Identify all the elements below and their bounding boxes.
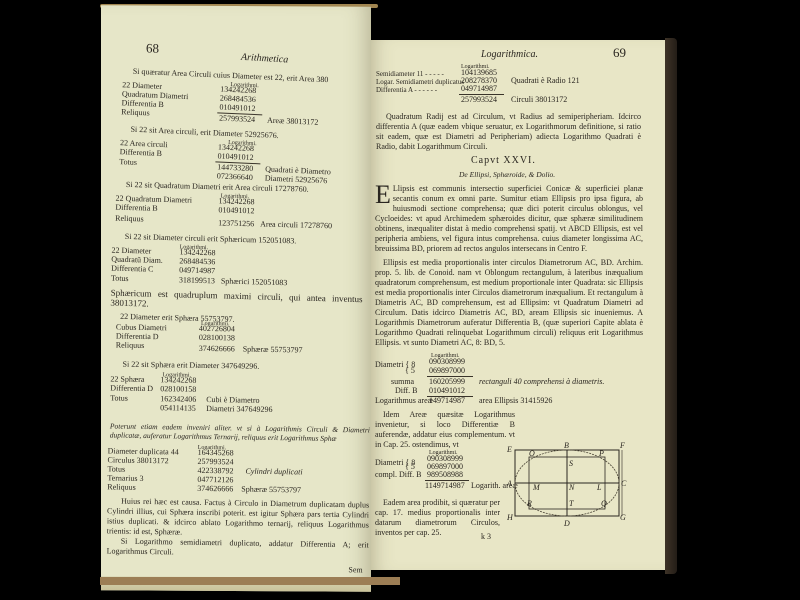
signature-mark: k 3: [481, 532, 491, 542]
row-value: 010491012: [429, 386, 465, 396]
chapter-subtitle: De Ellipsi, Sphæroide, & Dolio.: [459, 170, 555, 180]
label-C: C: [621, 479, 627, 488]
label-S: S: [569, 459, 573, 468]
paragraph-2: Ellipsis est media proportionalis inter …: [375, 258, 643, 348]
label-A: A: [507, 479, 512, 488]
page-number-left: 68: [146, 44, 159, 54]
row-value: 374626666: [199, 344, 235, 355]
catchword: Sem: [348, 565, 362, 575]
row-value: 049714987: [461, 84, 497, 94]
row-note: Cylindri duplicati: [245, 467, 302, 478]
paragraph-1: ELlipsis est communis intersectio superf…: [375, 184, 643, 254]
row-label: Reliquus: [116, 341, 145, 351]
row-value: 374626666: [197, 484, 233, 495]
label-P: P: [598, 449, 604, 458]
row-value: 318199513: [179, 275, 215, 286]
row-value: 1149714987: [425, 481, 465, 491]
paragraph-final: Si Logarithmo semidiametri duplicato, ad…: [107, 536, 369, 560]
row-note: Sphæræ 55753797: [241, 485, 301, 496]
label-F: F: [619, 441, 625, 450]
label-D: D: [563, 519, 570, 528]
left-page: 68 Arithmetica Si quæratur Area Circuli …: [101, 5, 371, 591]
running-head-right: Logarithmica.: [481, 50, 538, 60]
label-G: G: [620, 513, 626, 522]
row-value: 028100158: [160, 384, 196, 395]
page-number-right: 69: [613, 48, 626, 58]
row-note: rectanguli 40 comprehensi à diametris.: [479, 377, 604, 387]
row-note: area Ellipsis 31415926: [479, 396, 552, 406]
row-label: Totus: [119, 157, 137, 168]
row-note: Sphæræ 55753797: [243, 345, 303, 356]
section-heading: Si 22 sit Diameter circuli erit Sphæricu…: [125, 232, 297, 246]
row-value: 123751256: [218, 218, 254, 229]
intro-paragraph: Quadratum Radij est ad Circulum, vt Radi…: [376, 112, 641, 152]
row-value: 257993524: [461, 95, 497, 105]
label-B: B: [564, 441, 569, 450]
label-R: R: [526, 499, 532, 508]
row-value: 069897000: [429, 366, 465, 376]
label-M: M: [532, 483, 541, 492]
row-note: Circuli 38013172: [511, 95, 567, 105]
drop-cap: E: [375, 184, 391, 206]
row-value: 028100138: [199, 333, 235, 344]
right-page: Logarithmica. 69 Logarithmi. Semidiamete…: [371, 40, 665, 570]
label-N: N: [568, 483, 575, 492]
row-value: 072366640: [217, 171, 253, 183]
chapter-title: Capvt XXVI.: [471, 156, 536, 166]
row-note: Diametri 347649296: [206, 404, 273, 415]
row-value: 010491012: [218, 205, 254, 216]
row-label: Totus: [111, 274, 129, 284]
row-label: Differentia B: [115, 203, 157, 214]
label-T: T: [569, 499, 574, 508]
row-value: 257993524: [219, 113, 255, 125]
row-label: Differentia D: [110, 383, 153, 394]
label-E: E: [507, 445, 512, 454]
row-label: Totus: [110, 393, 128, 403]
row-label: Reliquus: [107, 482, 136, 492]
label-H: H: [507, 513, 514, 522]
row-value: 149714987: [429, 396, 465, 406]
book-cover-edge: [665, 38, 677, 574]
row-label: { 5: [405, 366, 415, 376]
paragraph: Sphæricum est quadruplum maximi circuli,…: [110, 288, 362, 315]
label-O: O: [529, 449, 535, 458]
row-note: Quadrati è Radio 121: [511, 76, 580, 86]
label-Q: Q: [601, 499, 607, 508]
row-note: Sphærici 152051083: [221, 276, 288, 288]
row-label: compl. Diff. B: [375, 470, 422, 480]
ellipse-diagram: E B F O P S A M N L C R T Q H D G: [507, 440, 627, 535]
row-label: Logarithmus areæ: [375, 396, 433, 406]
page-block-bottom-edge: [100, 577, 400, 585]
paragraph-3: Idem Areæ quæsitæ Logarithmus invenietur…: [375, 410, 515, 450]
row-note: Area circuli 17278760: [260, 219, 332, 231]
label-L: L: [596, 483, 602, 492]
row-value: 054114135: [160, 403, 196, 414]
paragraph-causa: Huius rei hæc est causa. Factus à Circul…: [107, 496, 369, 540]
row-note: Areæ 38013172: [267, 116, 319, 128]
row-label: Reliquus: [115, 214, 144, 225]
paragraph-intro: Poterunt etiam eadem inveniri aliter. vt…: [110, 421, 370, 443]
row-label: Differentia A - - - - - -: [376, 85, 437, 95]
row-label: Reliquus: [121, 107, 150, 118]
paragraph-1-text: Llipsis est communis intersectio superfi…: [375, 184, 643, 253]
row-label: Diff. B: [395, 386, 418, 396]
running-head-left: Arithmetica: [241, 53, 289, 66]
row-value: 989508988: [427, 470, 463, 480]
